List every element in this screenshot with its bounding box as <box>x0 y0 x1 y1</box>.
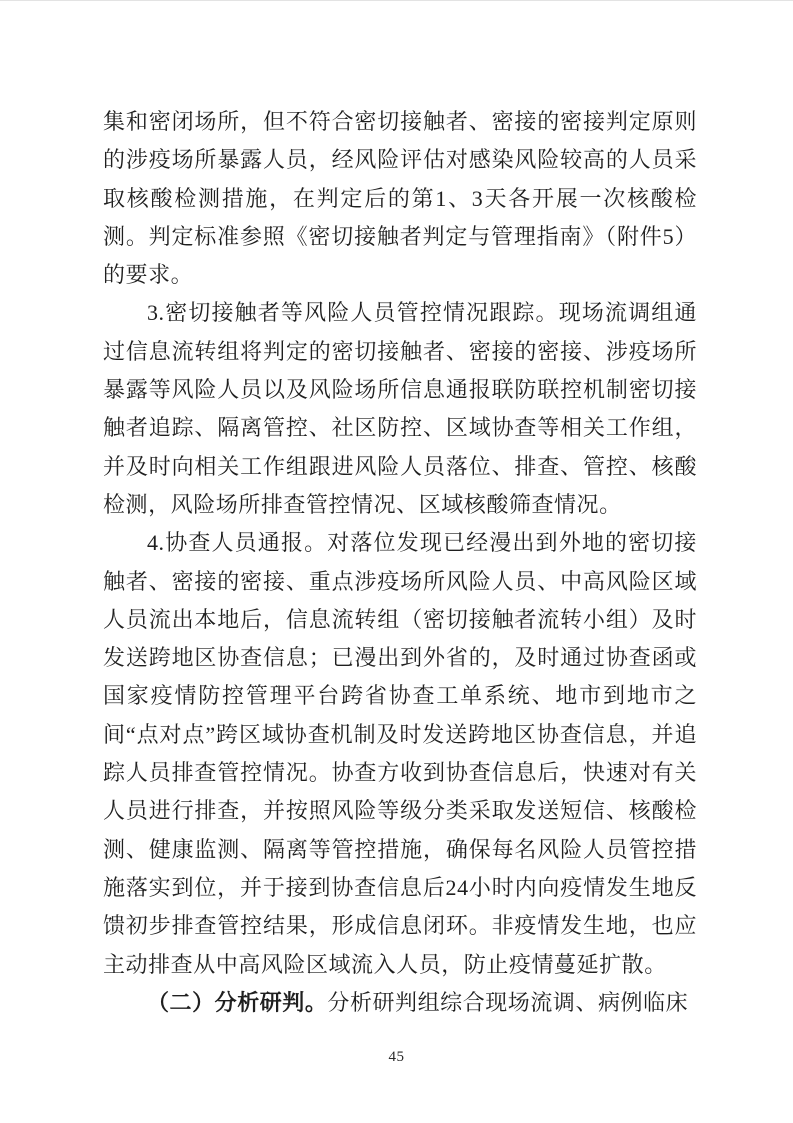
page-number: 45 <box>0 1049 793 1066</box>
section-body-start: 分析研判组综合现场流调、病例临床 <box>327 990 688 1015</box>
paragraph-item-3: 3.密切接触者等风险人员管控情况跟踪。现场流调组通过信息流转组将判定的密切接触者… <box>103 294 697 524</box>
paragraph-section-2: （二）分析研判。分析研判组综合现场流调、病例临床 <box>103 984 697 1022</box>
paragraph-continuation: 集和密闭场所，但不符合密切接触者、密接的密接判定原则的涉疫场所暴露人员，经风险评… <box>103 103 697 294</box>
section-heading: （二）分析研判。 <box>147 990 327 1015</box>
document-body: 集和密闭场所，但不符合密切接触者、密接的密接判定原则的涉疫场所暴露人员，经风险评… <box>103 103 697 1022</box>
document-page: 集和密闭场所，但不符合密切接触者、密接的密接判定原则的涉疫场所暴露人员，经风险评… <box>0 0 793 1123</box>
paragraph-item-4: 4.协查人员通报。对落位发现已经漫出到外地的密切接触者、密接的密接、重点涉疫场所… <box>103 524 697 984</box>
